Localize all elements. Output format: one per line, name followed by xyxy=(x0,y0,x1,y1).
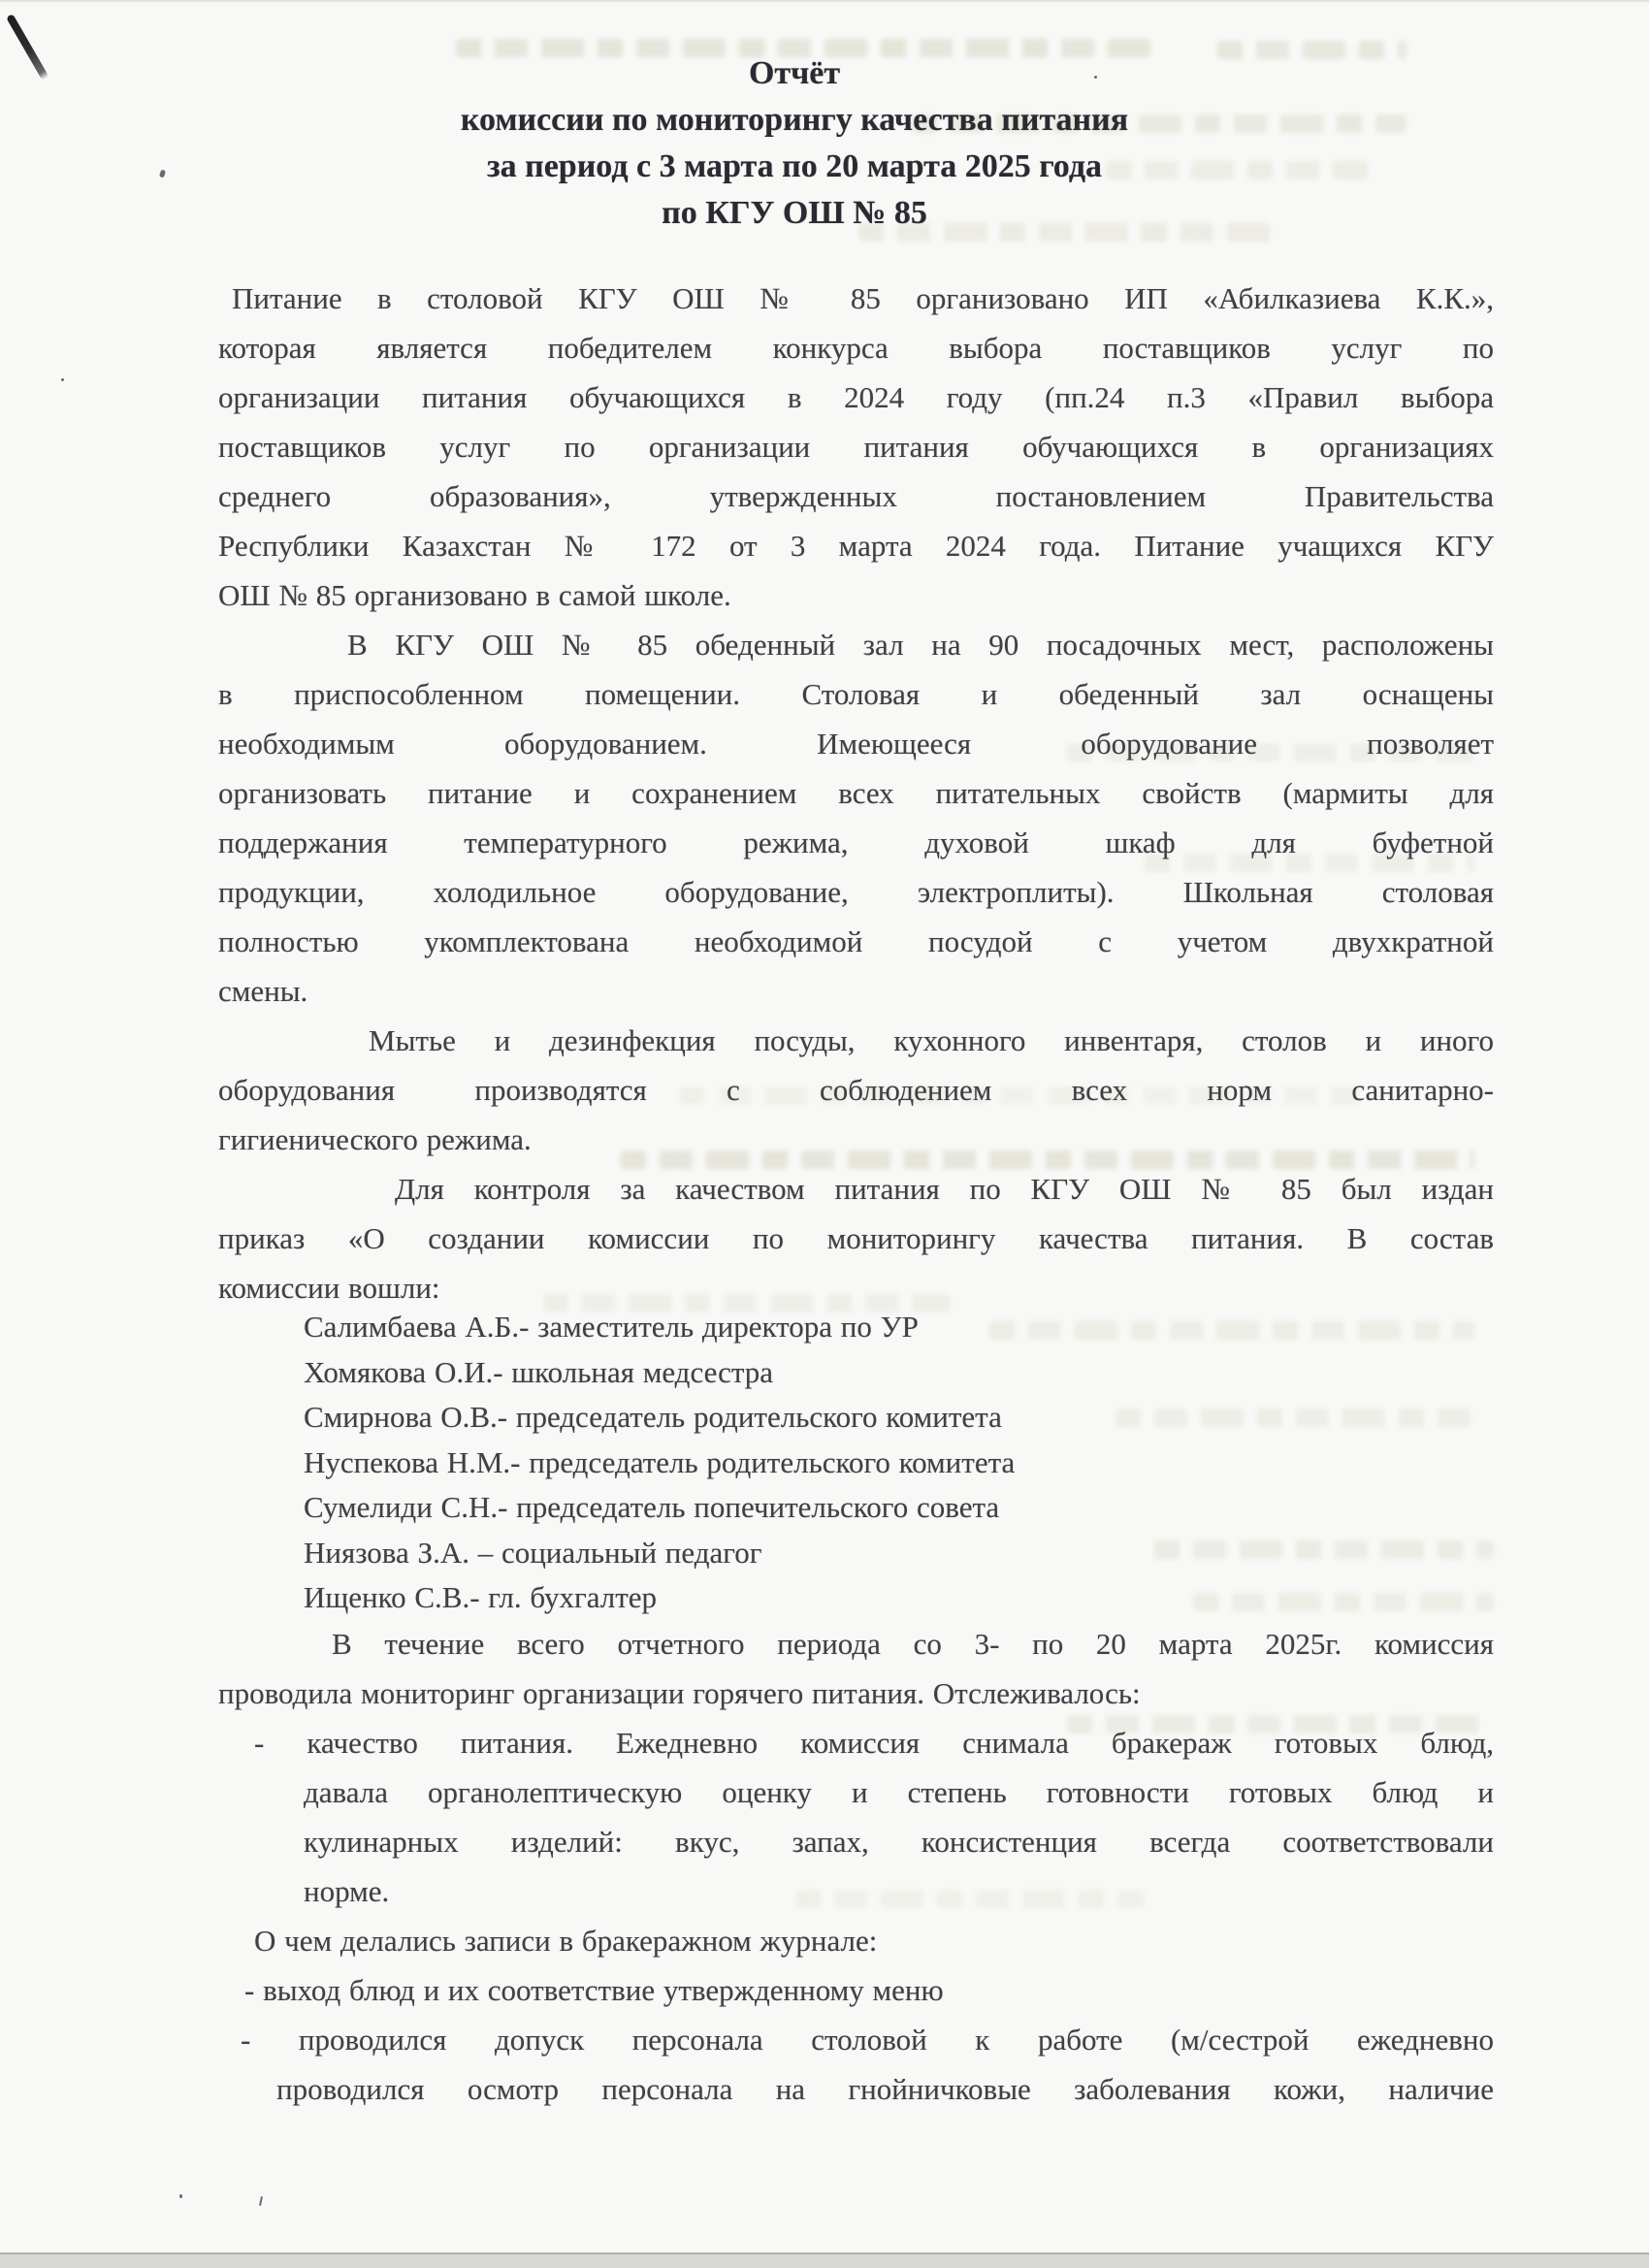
bullet-line: проводился осмотр персонала на гнойничко… xyxy=(218,2064,1494,2114)
paragraph-line: полностью укомплектована необходимой пос… xyxy=(218,917,1494,966)
bullet-line: - проводился допуск персонала столовой к… xyxy=(218,2015,1494,2064)
paragraph-monitoring: В течение всего отчетного периода со 3- … xyxy=(218,1619,1494,1718)
member-item: Салимбаева А.Б.- заместитель директора п… xyxy=(304,1305,1494,1350)
paragraph-line: В течение всего отчетного периода со 3- … xyxy=(218,1619,1494,1669)
member-item: Смирнова О.В.- председатель родительског… xyxy=(304,1395,1494,1441)
dust-speck xyxy=(259,2196,263,2206)
paragraph-line: В КГУ ОШ № 85 обеденный зал на 90 посадо… xyxy=(218,620,1494,669)
paragraph-line: гигиенического режима. xyxy=(218,1115,1494,1164)
bullet-food-quality: - качество питания. Ежедневно комиссия с… xyxy=(218,1718,1494,1916)
scanner-edge-strip xyxy=(0,2252,1649,2268)
paragraph-supplier: Питание в столовой КГУ ОШ № 85 организов… xyxy=(218,274,1494,620)
paragraph-line: оборудования производятся с соблюдением … xyxy=(218,1065,1494,1115)
bullet-line: давала органолептическую оценку и степен… xyxy=(218,1767,1494,1817)
paragraph-line: в приспособленном помещении. Столовая и … xyxy=(218,669,1494,719)
paragraph-line: поддержания температурного режима, духов… xyxy=(218,818,1494,867)
member-item: Ниязова З.А. – социальный педагог xyxy=(304,1531,1494,1576)
dust-speck xyxy=(179,2194,182,2198)
paragraph-line: Республики Казахстан № 172 от 3 марта 20… xyxy=(218,521,1494,570)
title-line: Отчёт xyxy=(0,50,1589,97)
paragraph-washing: Мытье и дезинфекция посуды, кухонного ин… xyxy=(218,1016,1494,1164)
paragraph-order: Для контроля за качеством питания по КГУ… xyxy=(218,1164,1494,1312)
title-line: комиссии по мониторингу качества питания xyxy=(0,97,1589,144)
member-item: Ищенко С.В.- гл. бухгалтер xyxy=(304,1575,1494,1621)
paragraph-line: которая является победителем конкурса вы… xyxy=(218,323,1494,373)
title-line: по КГУ ОШ № 85 xyxy=(0,190,1589,237)
paragraph-line: поставщиков услуг по организации питания… xyxy=(218,422,1494,471)
member-item: Нуспекова Н.М.- председатель родительско… xyxy=(304,1441,1494,1486)
scanned-report-page: Отчёт комиссии по мониторингу качества п… xyxy=(0,0,1649,2268)
paragraph-line: проводила мониторинг организации горячег… xyxy=(218,1669,1494,1718)
paragraph-line: Питание в столовой КГУ ОШ № 85 организов… xyxy=(218,274,1494,323)
dust-speck xyxy=(61,378,64,381)
paragraph-line: смены. xyxy=(218,966,1494,1016)
bullet-line: норме. xyxy=(218,1866,1494,1916)
document-body: Питание в столовой КГУ ОШ № 85 организов… xyxy=(218,274,1494,2114)
paragraph-line: Мытье и дезинфекция посуды, кухонного ин… xyxy=(218,1016,1494,1065)
document-title: Отчёт комиссии по мониторингу качества п… xyxy=(0,50,1589,237)
journal-note-line: О чем делались записи в бракеражном журн… xyxy=(218,1916,1494,1965)
paragraph-dining-hall: В КГУ ОШ № 85 обеденный зал на 90 посадо… xyxy=(218,620,1494,1016)
paragraph-line: продукции, холодильное оборудование, эле… xyxy=(218,867,1494,917)
member-item: Сумелиди С.Н.- председатель попечительск… xyxy=(304,1485,1494,1531)
bullet-dish-yield: - выход блюд и их соответствие утвержден… xyxy=(218,1965,1494,2015)
paragraph-line: организации питания обучающихся в 2024 г… xyxy=(218,373,1494,422)
bullet-staff-admission: - проводился допуск персонала столовой к… xyxy=(218,2015,1494,2114)
member-item: Хомякова О.И.- школьная медсестра xyxy=(304,1350,1494,1396)
paragraph-line: необходимым оборудованием. Имеющееся обо… xyxy=(218,719,1494,768)
paragraph-line: приказ «О создании комиссии по мониторин… xyxy=(218,1214,1494,1263)
bullet-line: кулинарных изделий: вкус, запах, консист… xyxy=(218,1817,1494,1866)
paragraph-line: среднего образования», утвержденных пост… xyxy=(218,471,1494,521)
paragraph-line: организовать питание и сохранением всех … xyxy=(218,768,1494,818)
commission-members-list: Салимбаева А.Б.- заместитель директора п… xyxy=(304,1305,1494,1621)
bullet-line: - качество питания. Ежедневно комиссия с… xyxy=(218,1718,1494,1767)
paragraph-line: Для контроля за качеством питания по КГУ… xyxy=(218,1164,1494,1214)
title-line: за период с 3 марта по 20 марта 2025 год… xyxy=(0,144,1589,190)
paragraph-line: ОШ № 85 организовано в самой школе. xyxy=(218,570,1494,620)
